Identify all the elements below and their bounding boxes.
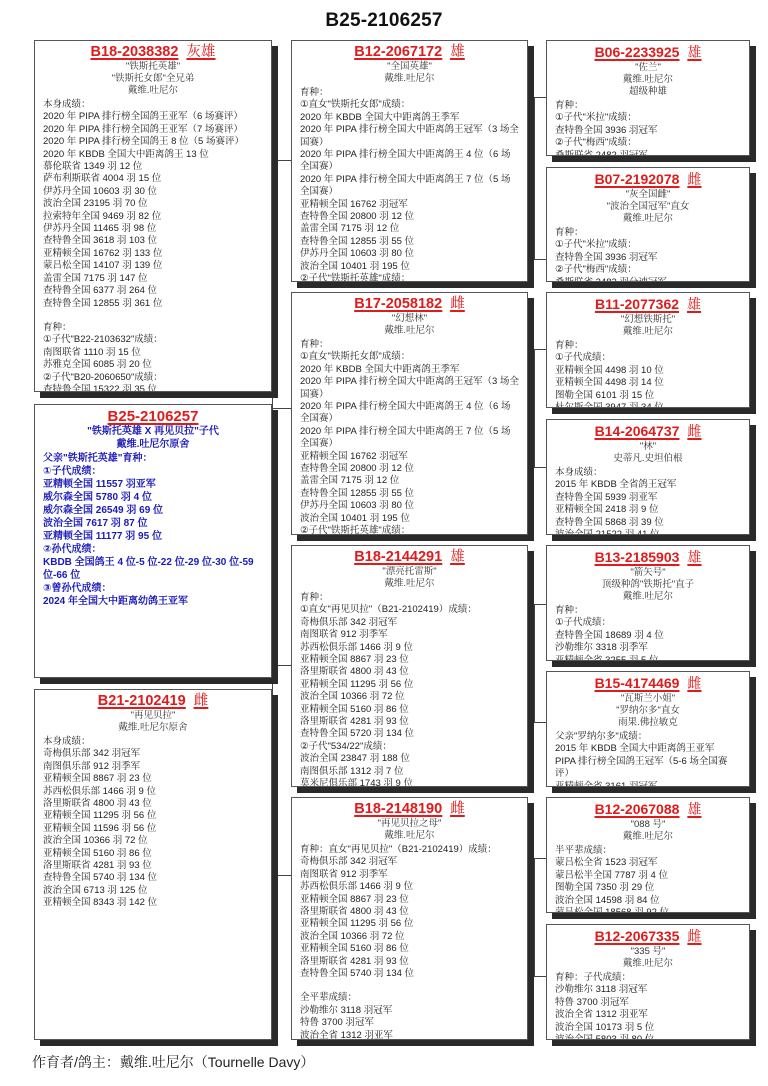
result-line: 亚精顿全国 11177 羽 95 位 — [43, 530, 263, 543]
ring-number: B13-2185903雄 — [555, 549, 741, 567]
result-line: 育种： — [300, 87, 519, 99]
result-line: ③曾孙代成绩： — [43, 582, 263, 595]
result-line: 2020 年 PIPA 排行榜全国鸽王 8 位（5 场赛评） — [43, 136, 263, 148]
result-line: 亚精顿全省 3161 羽冠军 — [555, 781, 741, 787]
ring-number: B18-2144291雄 — [300, 549, 519, 566]
sex-label: 雄 — [450, 44, 465, 60]
result-line: 2020 年 PIPA 排行榜全国大中距离鸽王 4 位（6 场全国赛） — [300, 149, 519, 174]
result-line: 2015 年 KBDB 全国大中距离鸽王亚军 — [555, 743, 741, 755]
result-line: 波治全国 23847 羽 188 位 — [300, 753, 519, 765]
breeder: 戴维.吐尼尔 — [43, 85, 263, 97]
connector-line — [272, 160, 291, 161]
relation: 顶级种鸽"铁斯托"直子 — [555, 579, 741, 591]
result-line: 图勒全国 6101 羽 15 位 — [555, 390, 741, 402]
result-line: 伊苏丹全国 10603 羽 30 位 — [43, 186, 263, 198]
results-list: 育种：直女"再见贝拉"（B21-2102419）成绩：奇梅俱乐部 342 羽冠军… — [300, 844, 519, 1040]
pedigree-card-grandsire-paternal: B12-2067172雄 "全国英雄" 戴维.吐尼尔 育种：①直女"铁斯托女郎"… — [291, 40, 528, 282]
result-line: 亚精顿全国 8867 羽 23 位 — [300, 654, 519, 666]
result-line: ②子代"铁斯托英雄"成绩： — [300, 525, 519, 535]
result-line: 南图联省 1110 羽 15 位 — [43, 347, 263, 359]
result-line: 桑斯联省 2482 羽分速冠军 — [555, 277, 741, 282]
result-line: 父亲"铁斯托英雄"育种： — [43, 452, 263, 465]
result-line: 盖雷全国 7175 羽 12 位 — [300, 475, 519, 487]
breeder: 戴维.吐尼尔 — [555, 591, 741, 603]
ring-number: B14-2064737雌 — [555, 423, 741, 441]
result-line: 波治全国 7617 羽 87 位 — [43, 517, 263, 530]
result-line: 萨布利斯联省 4004 羽 15 位 — [43, 173, 263, 185]
result-line: 查特鲁全国 12855 羽 55 位 — [300, 236, 519, 248]
result-line: 洛里斯联省 4800 羽 43 位 — [43, 798, 263, 810]
breeder: 史蒂凡.史坦伯根 — [555, 453, 741, 465]
results-list: 父亲"铁斯托英雄"育种：①子代成绩：亚精顿全国 11557 羽亚军威尔森全国 5… — [43, 452, 263, 608]
breeder: 戴维.吐尼尔 — [555, 213, 741, 225]
result-line: 波治全国 6713 羽 125 位 — [43, 885, 263, 897]
result-line: 伊苏丹全国 11465 羽 98 位 — [43, 223, 263, 235]
result-line: 波治全国 21522 羽 41 位 — [555, 529, 741, 535]
result-line: 育种：子代成绩： — [555, 972, 741, 984]
result-line: 2020 年 PIPA 排行榜全国鸽王亚军（7 场赛评） — [43, 124, 263, 136]
connector-line — [534, 722, 546, 723]
connector-line — [272, 875, 291, 876]
result-line: 全平辈成绩： — [300, 992, 519, 1004]
ring-number: B12-2067335雌 — [555, 928, 741, 946]
breeder: 戴维.吐尼尔 — [300, 578, 519, 590]
result-line: 2024 年全国大中距离幼鸽王亚军 — [43, 595, 263, 608]
nickname: "再见贝拉" — [43, 710, 263, 722]
result-line: ②孙代成绩： — [43, 543, 263, 556]
relation: "铁斯托女郎"全兄弟 — [43, 73, 263, 85]
pedigree-card-subject: B25-2106257 "铁斯托英雄 X 再见贝拉"子代 戴维.吐尼尔原舍 父亲… — [34, 404, 272, 678]
results-list: 父亲"罗纳尔多"成绩：2015 年 KBDB 全国大中距离鸽王亚军PIPA 排行… — [555, 731, 741, 787]
sex-label: 雌 — [687, 676, 701, 692]
result-line: 洛里斯联省 4281 羽 93 位 — [43, 860, 263, 872]
result-line: ①子代成绩： — [555, 352, 741, 364]
breeder: 雨果.佛拉敏克 — [555, 717, 741, 729]
result-line: 育种： — [555, 340, 741, 352]
ring-number: B15-4174469雌 — [555, 675, 741, 693]
result-line: 威尔森全国 5780 羽 4 位 — [43, 491, 263, 504]
connector-line — [534, 97, 546, 98]
connector-line — [528, 665, 534, 666]
pedigree-card-ggp-5: B13-2185903雄 "箭矢号" 顶级种鸽"铁斯托"直子 戴维.吐尼尔 育种… — [546, 545, 750, 661]
result-line: 查特鲁全国 3618 羽 103 位 — [43, 235, 263, 247]
parentage: "铁斯托英雄 X 再见贝拉"子代 — [43, 425, 263, 438]
connector-line — [534, 976, 546, 977]
relation: "波治全国冠军"直女 — [555, 201, 741, 213]
nickname: "幻想林" — [300, 313, 519, 325]
result-line: ②子代"梅西"成绩： — [555, 264, 741, 276]
result-line: 育种： — [300, 592, 519, 604]
results-list: 育种：①子代成绩：亚精顿全国 4498 羽 10 位亚精顿全国 4498 羽 1… — [555, 340, 741, 408]
result-line: 育种： — [555, 100, 741, 112]
result-line: 波治全省 1312 羽亚军 — [555, 1009, 741, 1021]
results-list: 育种：子代成绩：沙勒维尔 3118 羽冠军特鲁 3700 羽冠军波治全省 131… — [555, 972, 741, 1040]
result-line: 波治全国 10366 羽 72 位 — [300, 691, 519, 703]
result-line: 波治全国 23195 羽 70 位 — [43, 198, 263, 210]
sex-label: 雄 — [687, 297, 701, 313]
connector-line — [528, 875, 534, 876]
result-line: 亚精顿全国 11557 羽亚军 — [43, 478, 263, 491]
connector-line — [534, 604, 546, 605]
result-line: 杜尔斯全国 3947 羽 34 位 — [555, 402, 741, 408]
result-line: 2020 年 KBDB 全国大中距离鸽王季军 — [300, 112, 519, 124]
results-list: 育种：①直女"再见贝拉"（B21-2102419）成绩：奇梅俱乐部 342 羽冠… — [300, 592, 519, 787]
result-line: 亚精顿全国 5160 羽 86 位 — [300, 704, 519, 716]
ring-number: B07-2192078雌 — [555, 171, 741, 189]
breeder-footer: 作育者/鸽主：戴维.吐尼尔（Tournelle Davy） — [32, 1052, 314, 1072]
result-line: 特鲁 3700 羽冠军 — [300, 1017, 519, 1029]
nickname: "林" — [555, 441, 741, 453]
result-line: 查特鲁全国 3936 羽冠军 — [555, 252, 741, 264]
nickname: "088 号" — [555, 819, 741, 831]
result-line: 亚精顿全国 11295 羽 56 位 — [300, 679, 519, 691]
nickname: "铁斯托英雄" — [43, 61, 263, 73]
connector-line — [528, 408, 534, 409]
result-line: 波治全国 10366 羽 72 位 — [43, 835, 263, 847]
result-line: 查特鲁全国 18689 羽 4 位 — [555, 630, 741, 642]
result-line: 苏雅克全国 6085 羽 20 位 — [43, 359, 263, 371]
result-line: 查特鲁全国 5740 羽 134 位 — [43, 872, 263, 884]
result-line: 奇梅俱乐部 342 羽冠军 — [300, 617, 519, 629]
result-line: 育种： — [555, 605, 741, 617]
result-line: PIPA 排行榜全国鸽王冠军（5-6 场全国赛评） — [555, 756, 741, 781]
nickname: "瓦斯兰小姐" — [555, 693, 741, 705]
nickname: "漂亮托雷斯" — [300, 566, 519, 578]
ring-number: B25-2106257 — [43, 408, 263, 425]
connector-line — [528, 160, 534, 161]
breeder: 戴维.吐尼尔 — [555, 958, 741, 970]
spacer — [300, 980, 519, 992]
connector-line — [534, 604, 535, 722]
results-list: 育种：①子代"米拉"成绩：查特鲁全国 3936 羽冠军②子代"梅西"成绩：桑斯联… — [555, 100, 741, 156]
result-line: 亚精顿全国 8343 羽 142 位 — [43, 897, 263, 909]
connector-line — [534, 858, 535, 976]
result-line: 亚精顿全国 4498 羽 14 位 — [555, 377, 741, 389]
result-line: 亚精顿全国 5160 羽 86 位 — [43, 848, 263, 860]
result-line: 父亲"罗纳尔多"成绩： — [555, 731, 741, 743]
connector-line — [272, 408, 291, 409]
result-line: 蒙吕松全国 18568 羽 92 位 — [555, 907, 741, 913]
result-line: 2020 年 PIPA 排行榜全国大中距离鸽王冠军（3 场全国赛） — [300, 376, 519, 401]
result-line: 亚精顿全省 3255 羽 5 位 — [555, 655, 741, 661]
result-line: ②子代"534/22"成绩： — [300, 741, 519, 753]
result-line: 亚精顿全国 16762 羽冠军 — [300, 451, 519, 463]
result-line: 波治全国 14598 羽 84 位 — [555, 895, 741, 907]
result-line: ②子代"梅西"成绩： — [555, 137, 741, 149]
nickname: "佐兰" — [555, 62, 741, 74]
result-line: 波治全国 10401 羽 195 位 — [300, 513, 519, 525]
breeder: 戴维.吐尼尔 — [300, 325, 519, 337]
result-line: ①直女"铁斯托女郎"成绩： — [300, 99, 519, 111]
result-line: 查特鲁全国 15322 羽 35 位 — [43, 384, 263, 392]
result-line: 2020 年 PIPA 排行榜全国大中距离鸽王 7 位（5 场全国赛） — [300, 174, 519, 199]
result-line: 2020 年 PIPA 排行榜全国大中距离鸽王 7 位（5 场全国赛） — [300, 426, 519, 451]
result-line: 苏西松俱乐部 1466 羽 9 位 — [300, 642, 519, 654]
breeder: 戴维.吐尼尔 — [555, 74, 741, 86]
result-line: 苏西松俱乐部 1466 羽 9 位 — [300, 881, 519, 893]
breeder: 戴维.吐尼尔 — [300, 830, 519, 842]
result-line: 南图俱乐部 912 羽季军 — [43, 761, 263, 773]
results-list: 本身成绩：2020 年 PIPA 排行榜全国鸽王亚军（6 场赛评）2020 年 … — [43, 99, 263, 392]
result-line: 亚精顿全国 11295 羽 56 位 — [43, 810, 263, 822]
result-line: 亚精顿全国 2418 羽 9 位 — [555, 504, 741, 516]
result-line: 育种： — [555, 227, 741, 239]
result-line: 亚精顿全国 8867 羽 23 位 — [300, 894, 519, 906]
results-list: 本身成绩：奇梅俱乐部 342 羽冠军南图俱乐部 912 羽季军亚精顿全国 886… — [43, 736, 263, 910]
results-list: 本身成绩：2015 年 KBDB 全省鸽王冠军查特鲁全国 5939 羽亚军亚精顿… — [555, 467, 741, 535]
result-line: ①直女"再见贝拉"（B21-2102419）成绩： — [300, 604, 519, 616]
pedigree-card-granddam-maternal: B18-2148190雌 "再见贝拉之母" 戴维.吐尼尔 育种：直女"再见贝拉"… — [291, 797, 528, 1040]
results-list: 育种：①直女"铁斯托女郎"成绩：2020 年 KBDB 全国大中距离鸽王季军20… — [300, 87, 519, 282]
results-list: 育种：①直女"铁斯托女郎"成绩：2020 年 KBDB 全国大中距离鸽王季军20… — [300, 339, 519, 535]
result-line: 图勒全国 7350 羽 29 位 — [555, 882, 741, 894]
breeder: 戴维.吐尼尔原舍 — [43, 438, 263, 451]
connector-line — [272, 665, 291, 666]
result-line: ①子代成绩： — [43, 465, 263, 478]
pedigree-card-ggp-4: B14-2064737雌 "林" 史蒂凡.史坦伯根 本身成绩：2015 年 KB… — [546, 419, 750, 535]
result-line: 蒙吕松全国 14107 羽 139 位 — [43, 260, 263, 272]
result-line: 慕伦联省 1349 羽 12 位 — [43, 161, 263, 173]
result-line: 2020 年 PIPA 排行榜全国大中距离鸽王冠军（3 场全国赛） — [300, 124, 519, 149]
results-list: 育种：①子代"米拉"成绩：查特鲁全国 3936 羽冠军②子代"梅西"成绩：桑斯联… — [555, 227, 741, 282]
breeder: 戴维.吐尼尔 — [555, 831, 741, 843]
result-line: 洛里斯联省 4281 羽 93 位 — [300, 716, 519, 728]
result-line: 波治全国 10366 羽 72 位 — [300, 931, 519, 943]
sex-label: 雄 — [687, 45, 701, 61]
results-list: 半平辈成绩：蒙吕松全省 1523 羽冠军蒙吕松半全国 7787 羽 4 位图勒全… — [555, 845, 741, 913]
sex-label: 雄 — [450, 549, 465, 565]
breeder: 戴维.吐尼尔 — [555, 326, 741, 338]
result-line: 查特鲁全国 20800 羽 12 位 — [300, 211, 519, 223]
result-line: 查特鲁全国 5740 羽 134 位 — [300, 968, 519, 980]
result-line: 南图联省 912 羽季军 — [300, 629, 519, 641]
result-line: 查特鲁全国 3936 羽冠军 — [555, 125, 741, 137]
result-line: 拉索特年全国 9469 羽 82 位 — [43, 211, 263, 223]
ring-number: B21-2102419雌 — [43, 693, 263, 710]
result-line: 查特鲁全国 12855 羽 361 位 — [43, 298, 263, 310]
result-line: 2020 年 PIPA 排行榜全国鸽王亚军（6 场赛评） — [43, 111, 263, 123]
result-line: 查特鲁全国 5720 羽 134 位 — [300, 728, 519, 740]
sex-label: 雌 — [450, 801, 465, 817]
pedigree-card-ggp-3: B11-2077362雄 "幻想铁斯托" 戴维.吐尼尔 育种：①子代成绩：亚精顿… — [546, 292, 750, 408]
nickname: "再见贝拉之母" — [300, 818, 519, 830]
result-line: 威尔森全国 26549 羽 69 位 — [43, 504, 263, 517]
sex-label: 雄 — [687, 550, 701, 566]
result-line: 波治全国 5803 羽 80 位 — [555, 1034, 741, 1040]
connector-line — [534, 858, 546, 859]
result-line: ①子代"米拉"成绩： — [555, 239, 741, 251]
nickname: "幻想铁斯托" — [555, 314, 741, 326]
result-line: 盖雷全国 7175 羽 147 位 — [43, 273, 263, 285]
ring-number: B12-2067172雄 — [300, 44, 519, 61]
connector-line — [534, 97, 535, 259]
pedigree-card-ggp-2: B07-2192078雌 "灰全国雌" "波治全国冠军"直女 戴维.吐尼尔 育种… — [546, 167, 750, 282]
result-line: 苏西松俱乐部 1466 羽 9 位 — [43, 786, 263, 798]
result-line: 沙勒维尔 3118 羽冠军 — [300, 1005, 519, 1017]
pedigree-card-dam: B21-2102419雌 "再见贝拉" 戴维.吐尼尔原舍 本身成绩：奇梅俱乐部 … — [34, 689, 272, 1040]
result-line: 2020 年 KBDB 全国大中距离鸽王 13 位 — [43, 149, 263, 161]
result-line: 育种： — [300, 339, 519, 351]
connector-line — [534, 259, 546, 260]
pedigree-card-sire: B18-2038382灰雄 "铁斯托英雄" "铁斯托女郎"全兄弟 戴维.吐尼尔 … — [34, 40, 272, 392]
result-line: 南图俱乐部 1312 羽 7 位 — [300, 766, 519, 778]
ring-number: B06-2233925雄 — [555, 44, 741, 62]
result-line: 南图联省 912 羽季军 — [300, 869, 519, 881]
result-line: 亚精顿全国 11295 羽 56 位 — [300, 918, 519, 930]
note: 超级种雄 — [555, 86, 741, 98]
result-line: 波治全省 1312 羽亚军 — [300, 1030, 519, 1040]
result-line: 桑斯联省 2482 羽冠军 — [555, 150, 741, 156]
result-line: 育种：直女"再见贝拉"（B21-2102419）成绩： — [300, 844, 519, 856]
result-line: 查特鲁全国 5939 羽亚军 — [555, 492, 741, 504]
result-line: 亚精顿全国 11596 羽 56 位 — [43, 823, 263, 835]
result-line: 2020 年 KBDB 全国大中距离鸽王季军 — [300, 364, 519, 376]
result-line: 查特鲁全国 6377 羽 264 位 — [43, 285, 263, 297]
result-line: 查特鲁全国 12855 羽 55 位 — [300, 488, 519, 500]
result-line: ①子代"B22-2103632"成绩： — [43, 334, 263, 346]
ring-number: B18-2038382灰雄 — [43, 44, 263, 61]
result-line: 特鲁 3700 羽冠军 — [555, 997, 741, 1009]
connector-line — [534, 349, 535, 467]
ring-number: B12-2067088雄 — [555, 801, 741, 819]
result-line: ②子代"铁斯托英雄"成绩： — [300, 273, 519, 282]
result-line: 蒙吕松半全国 7787 羽 4 位 — [555, 870, 741, 882]
ring-number: B11-2077362雄 — [555, 296, 741, 314]
result-line: 奇梅俱乐部 342 羽冠军 — [300, 856, 519, 868]
pedigree-card-ggp-1: B06-2233925雄 "佐兰" 戴维.吐尼尔 超级种雄 育种：①子代"米拉"… — [546, 40, 750, 156]
result-line: 洛里斯联省 4281 羽 93 位 — [300, 956, 519, 968]
ring-number: B18-2148190雌 — [300, 801, 519, 818]
result-line: 亚精顿全国 16762 羽冠军 — [300, 199, 519, 211]
spacer — [43, 310, 263, 322]
result-line: 蒙吕松全省 1523 羽冠军 — [555, 857, 741, 869]
result-line: 亚精顿全国 4498 羽 10 位 — [555, 365, 741, 377]
result-line: ①直女"铁斯托女郎"成绩： — [300, 351, 519, 363]
result-line: 查特鲁全国 20800 羽 12 位 — [300, 463, 519, 475]
result-line: 奇梅俱乐部 342 羽冠军 — [43, 748, 263, 760]
result-line: 伊苏丹全国 10603 羽 80 位 — [300, 248, 519, 260]
result-line: ①子代成绩： — [555, 617, 741, 629]
result-line: 2020 年 PIPA 排行榜全国大中距离鸽王 4 位（6 场全国赛） — [300, 401, 519, 426]
result-line: 伊苏丹全国 10603 羽 80 位 — [300, 500, 519, 512]
result-line: 本身成绩： — [43, 736, 263, 748]
result-line: 波治全国 10401 羽 195 位 — [300, 261, 519, 273]
nickname: "箭矢号" — [555, 567, 741, 579]
result-line: KBDB 全国鸽王 4 位-5 位-22 位-29 位-30 位-59 位-66… — [43, 556, 263, 582]
connector-line — [272, 160, 273, 875]
nickname: "灰全国雌" — [555, 189, 741, 201]
result-line: 莫米尼俱乐部 1743 羽 9 位 — [300, 778, 519, 787]
sex-label: 雌 — [687, 172, 701, 188]
sex-label: 雄 — [687, 802, 701, 818]
sex-label: 雌 — [194, 693, 209, 709]
connector-line — [534, 349, 546, 350]
result-line: 沙勒维尔 3318 羽季军 — [555, 642, 741, 654]
result-line: ②子代"B20-2060650"成绩： — [43, 372, 263, 384]
sex-label: 雌 — [687, 424, 701, 440]
result-line: 本身成绩： — [555, 467, 741, 479]
pedigree-card-ggp-8: B12-2067335雌 "335 号" 戴维.吐尼尔 育种：子代成绩：沙勒维尔… — [546, 924, 750, 1040]
result-line: ①子代"米拉"成绩： — [555, 112, 741, 124]
sex-label: 雌 — [450, 296, 465, 312]
page-title: B25-2106257 — [0, 10, 768, 32]
result-line: 2015 年 KBDB 全省鸽王冠军 — [555, 479, 741, 491]
breeder: 戴维.吐尼尔原舍 — [43, 722, 263, 734]
result-line: 半平辈成绩： — [555, 845, 741, 857]
result-line: 波治全国 10173 羽 5 位 — [555, 1022, 741, 1034]
breeder: 戴维.吐尼尔 — [300, 73, 519, 85]
result-line: 沙勒维尔 3118 羽冠军 — [555, 984, 741, 996]
result-line: 亚精顿全国 8867 羽 23 位 — [43, 773, 263, 785]
pedigree-card-ggp-6: B15-4174469雌 "瓦斯兰小姐" "罗纳尔多"直女 雨果.佛拉敏克 父亲… — [546, 671, 750, 787]
nickname: "335 号" — [555, 946, 741, 958]
relation: "罗纳尔多"直女 — [555, 705, 741, 717]
pedigree-card-ggp-7: B12-2067088雄 "088 号" 戴维.吐尼尔 半平辈成绩：蒙吕松全省 … — [546, 797, 750, 913]
result-line: 查特鲁全国 5868 羽 39 位 — [555, 517, 741, 529]
nickname: "全国英雄" — [300, 61, 519, 73]
result-line: 盖雷全国 7175 羽 12 位 — [300, 223, 519, 235]
pedigree-card-grandsire-maternal: B18-2144291雄 "漂亮托雷斯" 戴维.吐尼尔 育种：①直女"再见贝拉"… — [291, 545, 528, 787]
ring-number: B17-2058182雌 — [300, 296, 519, 313]
sex-label: 灰雄 — [186, 44, 215, 60]
result-line: 育种： — [43, 322, 263, 334]
result-line: 洛里斯联省 4800 羽 43 位 — [300, 906, 519, 918]
result-line: 本身成绩： — [43, 99, 263, 111]
pedigree-card-granddam-paternal: B17-2058182雌 "幻想林" 戴维.吐尼尔 育种：①直女"铁斯托女郎"成… — [291, 292, 528, 535]
sex-label: 雌 — [687, 929, 701, 945]
result-line: 亚精顿全国 5160 羽 86 位 — [300, 943, 519, 955]
result-line: 亚精顿全国 16762 羽 133 位 — [43, 248, 263, 260]
result-line: 洛里斯联省 4800 羽 43 位 — [300, 666, 519, 678]
connector-line — [534, 467, 546, 468]
results-list: 育种：①子代成绩：查特鲁全国 18689 羽 4 位沙勒维尔 3318 羽季军亚… — [555, 605, 741, 661]
